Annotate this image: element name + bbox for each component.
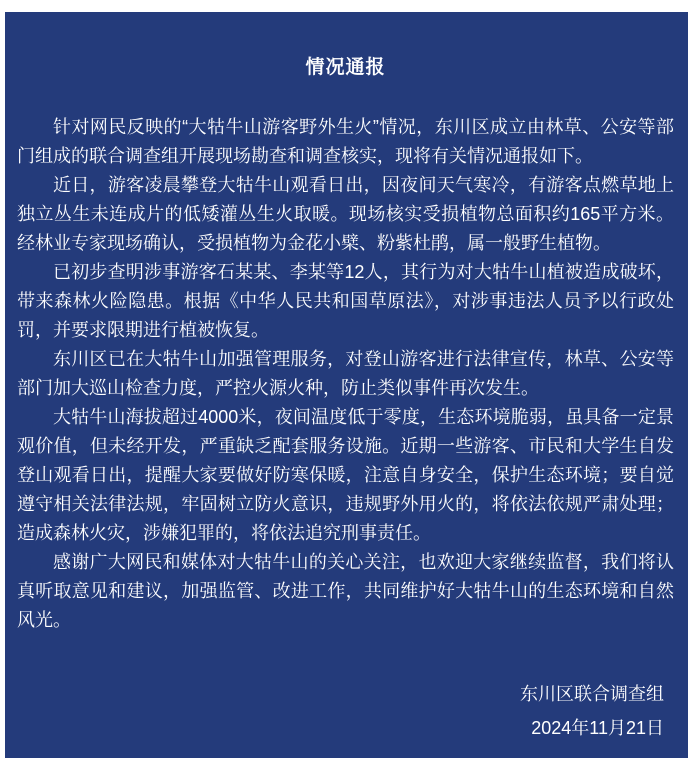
issue-date: 2024年11月21日 bbox=[17, 711, 664, 745]
notice-paragraph-2: 近日，游客凌晨攀登大牯牛山观看日出，因夜间天气寒冷，有游客点燃草地上独立丛生未连… bbox=[17, 171, 674, 258]
notice-body: 针对网民反映的“大牯牛山游客野外生火”情况，东川区成立由林草、公安等部门组成的联… bbox=[17, 113, 674, 635]
notice-paragraph-6: 感谢广大网民和媒体对大牯牛山的关心关注，也欢迎大家继续监督，我们将认真听取意见和… bbox=[17, 548, 674, 635]
issuer-signature: 东川区联合调查组 bbox=[17, 677, 664, 711]
notice-panel: 情况通报 针对网民反映的“大牯牛山游客野外生火”情况，东川区成立由林草、公安等部… bbox=[5, 12, 688, 758]
notice-paragraph-1: 针对网民反映的“大牯牛山游客野外生火”情况，东川区成立由林草、公安等部门组成的联… bbox=[17, 113, 674, 171]
notice-title: 情况通报 bbox=[17, 52, 674, 79]
notice-paragraph-3: 已初步查明涉事游客石某某、李某等12人，其行为对大牯牛山植被造成破坏，带来森林火… bbox=[17, 258, 674, 345]
signature-block: 东川区联合调查组 2024年11月21日 bbox=[17, 677, 674, 745]
notice-paragraph-5: 大牯牛山海拔超过4000米，夜间温度低于零度，生态环境脆弱，虽具备一定景观价值，… bbox=[17, 403, 674, 548]
notice-paragraph-4: 东川区已在大牯牛山加强管理服务，对登山游客进行法律宣传，林草、公安等部门加大巡山… bbox=[17, 345, 674, 403]
